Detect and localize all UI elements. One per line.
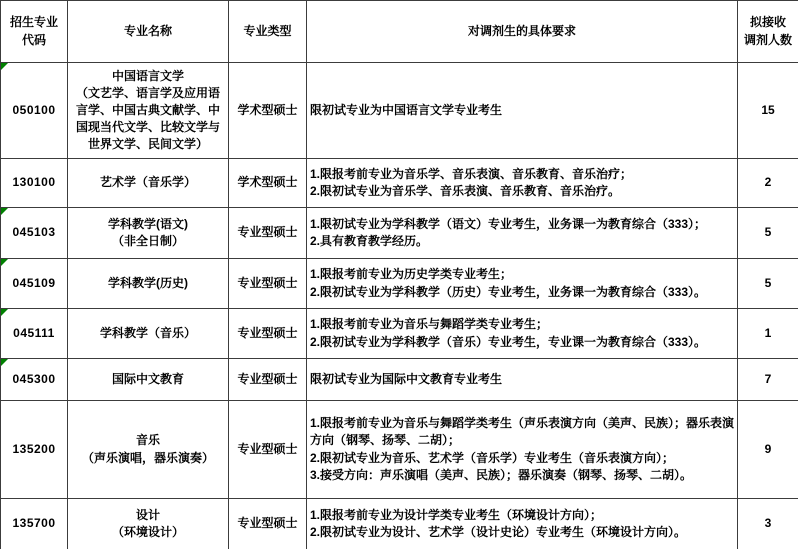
requirements-cell: 限初试专业为中国语言文学专业考生	[307, 63, 738, 159]
header-major-name: 专业名称	[68, 1, 229, 63]
requirements-cell: 1.限报考前专业为历史学类专业考生； 2.限初试专业为学科教学（历史）专业考生，…	[307, 259, 738, 309]
header-row: 招生专业 代码 专业名称 专业类型 对调剂生的具体要求 拟接收 调剂人数	[1, 1, 798, 63]
table-row: 135700 设计 （环境设计） 专业型硕士 1.限报考前专业为设计学类专业考生…	[1, 499, 798, 549]
header-requirements: 对调剂生的具体要求	[307, 1, 738, 63]
quota-cell: 15	[738, 63, 798, 159]
table-row: 045109 学科教学(历史) 专业型硕士 1.限报考前专业为历史学类专业考生；…	[1, 259, 798, 309]
header-major-type: 专业类型	[229, 1, 307, 63]
header-major-code: 招生专业 代码	[1, 1, 68, 63]
table-row: 050100 中国语言文学 （文艺学、语言学及应用语 言学、中国古典文献学、中 …	[1, 63, 798, 159]
major-code-cell-with-green-corner-marker: 045111	[1, 309, 68, 359]
major-code-cell: 135200	[1, 401, 68, 499]
major-code-cell: 130100	[1, 159, 68, 208]
transfer-admission-table: 招生专业 代码 专业名称 专业类型 对调剂生的具体要求 拟接收 调剂人数 050…	[0, 0, 798, 549]
quota-cell: 9	[738, 401, 798, 499]
major-type-cell: 学术型硕士	[229, 63, 307, 159]
requirements-cell: 1.限报考前专业为音乐学、音乐表演、音乐教育、音乐治疗； 2.限初试专业为音乐学…	[307, 159, 738, 208]
table-row: 045111 学科教学（音乐） 专业型硕士 1.限报考前专业为音乐与舞蹈学类专业…	[1, 309, 798, 359]
requirements-cell: 1.限报考前专业为音乐与舞蹈学类考生（声乐表演方向（美声、民族）；器乐表演方向（…	[307, 401, 738, 499]
major-name-cell: 中国语言文学 （文艺学、语言学及应用语 言学、中国古典文献学、中 国现当代文学、…	[68, 63, 229, 159]
requirements-cell: 1.限报考前专业为音乐与舞蹈学类专业考生； 2.限初试专业为学科教学（音乐）专业…	[307, 309, 738, 359]
quota-cell: 2	[738, 159, 798, 208]
major-code-cell-with-green-corner-marker: 045300	[1, 359, 68, 401]
header-quota: 拟接收 调剂人数	[738, 1, 798, 63]
major-name-cell: 艺术学（音乐学）	[68, 159, 229, 208]
quota-cell: 1	[738, 309, 798, 359]
major-name-cell: 学科教学（音乐）	[68, 309, 229, 359]
major-type-cell: 学术型硕士	[229, 159, 307, 208]
table-body: 050100 中国语言文学 （文艺学、语言学及应用语 言学、中国古典文献学、中 …	[1, 63, 798, 549]
major-type-cell: 专业型硕士	[229, 208, 307, 259]
major-name-cell: 学科教学(历史)	[68, 259, 229, 309]
requirements-cell: 限初试专业为国际中文教育专业考生	[307, 359, 738, 401]
table-row: 045300 国际中文教育 专业型硕士 限初试专业为国际中文教育专业考生 7	[1, 359, 798, 401]
major-name-cell: 设计 （环境设计）	[68, 499, 229, 549]
quota-cell: 5	[738, 208, 798, 259]
requirements-cell: 1.限报考前专业为设计学类专业考生（环境设计方向）； 2.限初试专业为设计、艺术…	[307, 499, 738, 549]
table-row: 045103 学科教学(语文) （非全日制） 专业型硕士 1.限初试专业为学科教…	[1, 208, 798, 259]
major-name-cell: 学科教学(语文) （非全日制）	[68, 208, 229, 259]
table-row: 135200 音乐 （声乐演唱，器乐演奏） 专业型硕士 1.限报考前专业为音乐与…	[1, 401, 798, 499]
major-type-cell: 专业型硕士	[229, 401, 307, 499]
major-name-cell: 音乐 （声乐演唱，器乐演奏）	[68, 401, 229, 499]
major-name-cell: 国际中文教育	[68, 359, 229, 401]
quota-cell: 5	[738, 259, 798, 309]
major-code-cell: 135700	[1, 499, 68, 549]
major-type-cell: 专业型硕士	[229, 359, 307, 401]
table-row: 130100 艺术学（音乐学） 学术型硕士 1.限报考前专业为音乐学、音乐表演、…	[1, 159, 798, 208]
major-code-cell-with-green-corner-marker: 045103	[1, 208, 68, 259]
quota-cell: 7	[738, 359, 798, 401]
major-type-cell: 专业型硕士	[229, 309, 307, 359]
major-type-cell: 专业型硕士	[229, 259, 307, 309]
major-code-cell-with-green-corner-marker: 045109	[1, 259, 68, 309]
major-type-cell: 专业型硕士	[229, 499, 307, 549]
requirements-cell: 1.限初试专业为学科教学（语文）专业考生，业务课一为教育综合（333）； 2.具…	[307, 208, 738, 259]
quota-cell: 3	[738, 499, 798, 549]
major-code-cell-with-green-corner-marker: 050100	[1, 63, 68, 159]
